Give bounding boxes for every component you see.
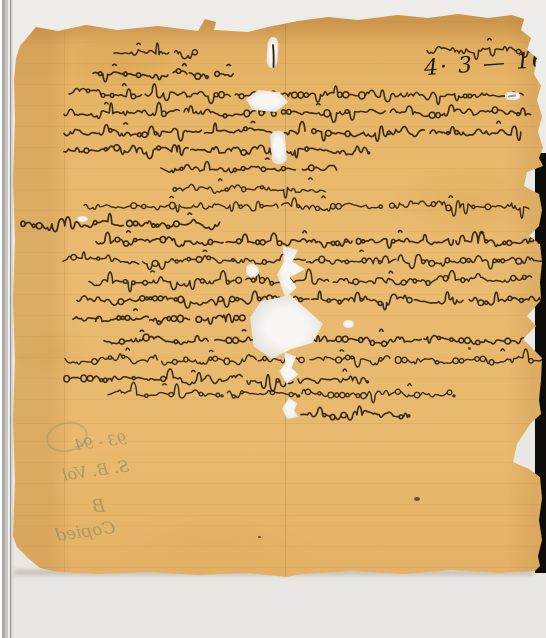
tear-patch xyxy=(270,131,287,165)
handwriting-line xyxy=(300,401,417,431)
scanned-letter: 93 - 94S. B. VolBCopied 4· 3 — 16 xyxy=(0,0,546,638)
letter-paper: 93 - 94S. B. VolBCopied 4· 3 — 16 xyxy=(0,0,546,638)
tear-patch xyxy=(246,264,259,277)
tear-patch xyxy=(343,320,354,328)
ink-mark xyxy=(269,44,279,70)
tear-patch xyxy=(77,216,88,222)
scanner-edge-strip xyxy=(0,0,13,638)
